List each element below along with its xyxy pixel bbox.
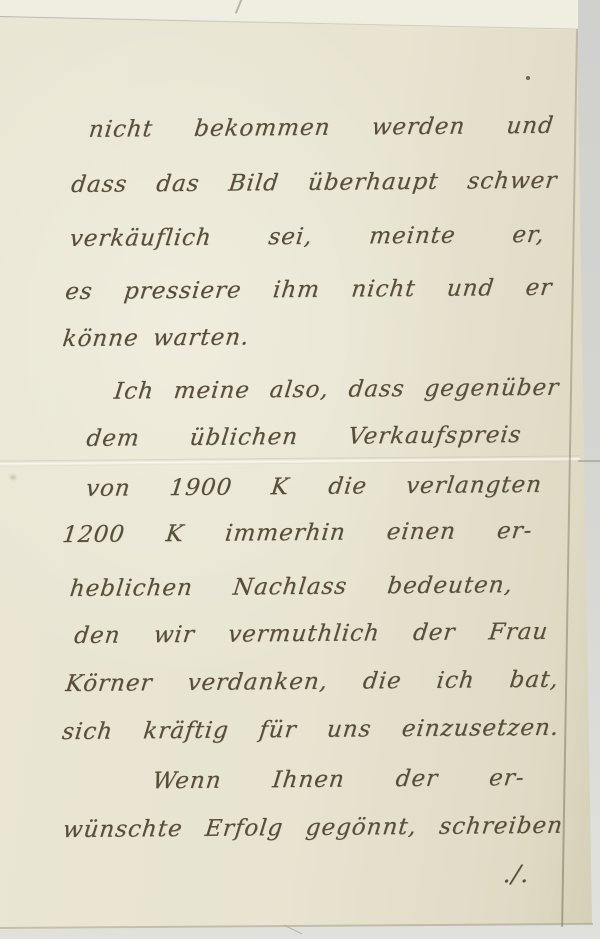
- handwriting-line: es pressiere ihm nicht und er: [64, 273, 554, 307]
- letter-photo: nicht bekommen werden und dass das Bild …: [0, 0, 600, 939]
- handwriting-line: 1200 K immerhin einen er-: [61, 516, 534, 550]
- handwriting-line: Körner verdanken, die ich bat,: [64, 665, 560, 699]
- handwriting-line: Ich meine also, dass gegenüber: [112, 373, 560, 407]
- handwriting-line: könne warten.: [61, 322, 251, 354]
- handwriting-line: wünschte Erfolg gegönnt, schreiben: [61, 811, 564, 845]
- continuation-mark: ./.: [502, 859, 532, 889]
- handwriting-line: Wenn Ihnen der er-: [151, 763, 526, 796]
- handwriting-line: von 1900 K die verlangten: [84, 470, 543, 504]
- handwriting-line: heblichen Nachlass bedeuten,: [68, 570, 514, 604]
- handwriting-line: den wir vermuthlich der Frau: [73, 617, 550, 651]
- handwriting-line: nicht bekommen werden und: [87, 111, 555, 145]
- handwriting-line: dass das Bild überhaupt schwer: [70, 166, 559, 200]
- handwriting-line: dem üblichen Verkaufspreis: [85, 420, 523, 454]
- handwriting-line: verkäuflich sei, meinte er,: [68, 220, 546, 254]
- handwriting-line: sich kräftig für uns einzusetzen.: [60, 713, 560, 747]
- handwriting: nicht bekommen werden und dass das Bild …: [0, 0, 600, 939]
